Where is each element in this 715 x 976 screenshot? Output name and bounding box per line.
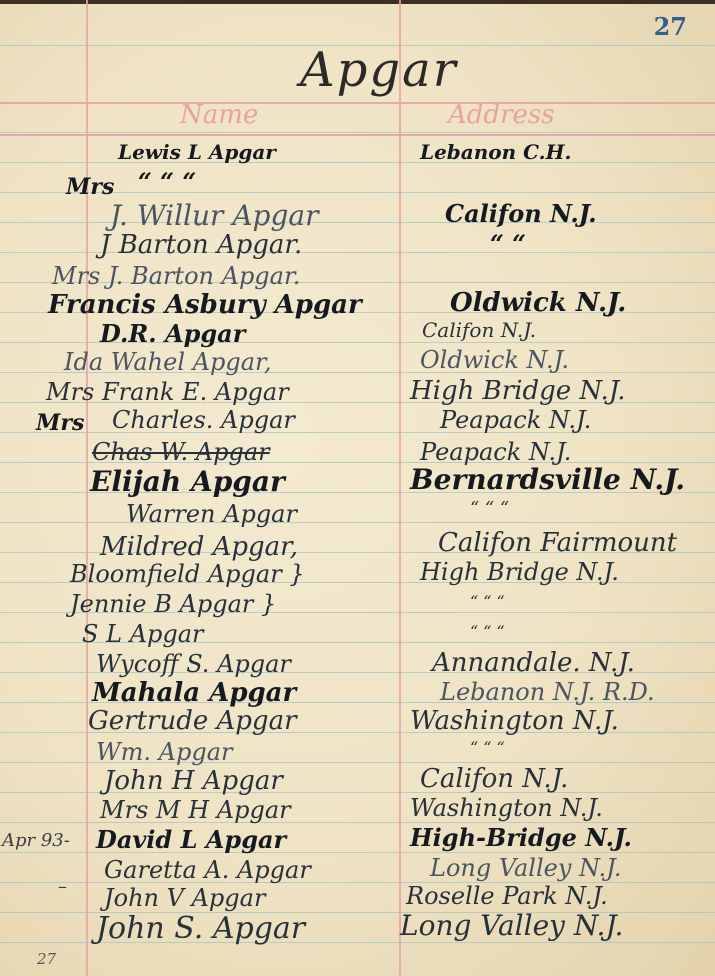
entry-address: “ “ “ [470,624,505,640]
entry-name: Mrs J. Barton Apgar. [52,264,300,288]
entry-address: Califon N.J. [420,766,568,792]
header-red-line-bottom [0,134,715,136]
margin-dash: – [58,876,67,897]
entry-address: Washington N.J. [410,796,603,820]
entry-name: Wycoff S. Apgar [96,652,291,676]
entry-address: Oldwick N.J. [450,290,626,316]
entry-name: Elijah Apgar [90,468,285,496]
margin-date-note: Apr 93- [2,830,70,851]
page-top-edge [0,0,715,4]
entry-address: Califon N.J. [445,202,597,226]
ruled-line [0,132,715,133]
entry-name: J Barton Apgar. [100,232,302,258]
entry-name: D.R. Apgar [100,322,245,346]
entry-name: Mahala Apgar [92,680,296,706]
entry-name: J. Willur Apgar [110,202,318,230]
entry-address: Long Valley N.J. [430,856,622,880]
entry-name: Mrs M H Apgar [100,798,291,822]
name-column-header: Name [180,100,258,130]
ledger-page: 27 Apgar Name Address Lewis L Apgar Leba… [0,0,715,976]
entry-address: Annandale. N.J. [432,650,635,676]
entry-address: High Bridge N.J. [410,378,625,404]
entry-name: Francis Asbury Apgar [48,292,362,318]
entry-address: “ “ “ [470,594,505,610]
entry-name: Chas W. Apgar [92,440,270,464]
footer-page-number: 27 [37,950,56,968]
entry-name: Wm. Apgar [96,740,233,764]
entry-address: High Bridge N.J. [420,560,619,584]
entry-address: Lebanon C.H. [420,142,572,162]
entry-address: Bernardsville N.J. [410,466,685,494]
ruled-line [0,222,715,223]
entry-name: S L Apgar [82,622,203,646]
address-column-header: Address [448,100,555,130]
entry-address: Lebanon N.J. R.D. [440,680,655,704]
entry-name: John S. Apgar [96,914,305,944]
left-margin-line [86,0,88,976]
entry-name: David L Apgar [96,828,286,852]
entry-address: Califon Fairmount [438,530,677,556]
entry-name: Lewis L Apgar [118,142,276,162]
entry-name: John V Apgar [104,886,265,910]
ruled-line [0,162,715,163]
entry-name: Charles. Apgar [112,408,295,432]
entry-name: Mrs Frank E. Apgar [46,380,289,404]
entry-address: “ “ “ [470,500,509,518]
entry-address: Peapack N.J. [440,408,591,432]
entry-name: Jennie B Apgar } [70,592,276,616]
entry-name: Ida Wahel Apgar, [64,350,271,374]
entry-name: John H Apgar [104,768,283,794]
entry-address: Long Valley N.J. [400,912,623,940]
entry-prefix: Mrs [66,176,114,198]
column-divider-line [399,0,401,976]
entry-name: Mildred Apgar, [100,534,298,560]
entry-name: Warren Apgar [126,502,297,526]
entry-name: Gertrude Apgar [88,708,297,734]
entry-address: Peapack N.J. [420,440,571,464]
page-title: Apgar [300,42,458,98]
entry-address: High-Bridge N.J. [410,826,632,850]
entry-address: Washington N.J. [410,708,619,734]
page-number: 27 [654,12,687,41]
ruled-line [0,522,715,523]
entry-name: Garetta A. Apgar [104,858,311,882]
entry-address: “ “ [490,232,526,256]
entry-name: Bloomfield Apgar } [70,562,305,586]
entry-address: “ “ “ [470,740,505,756]
ruled-line [0,432,715,433]
entry-address: Oldwick N.J. [420,348,569,372]
entry-prefix: Mrs [36,412,84,434]
entry-address: Califon N.J. [422,320,536,340]
entry-address: Roselle Park N.J. [406,884,608,908]
entry-name: “ “ “ [138,170,196,194]
header-red-line-top [0,102,715,104]
